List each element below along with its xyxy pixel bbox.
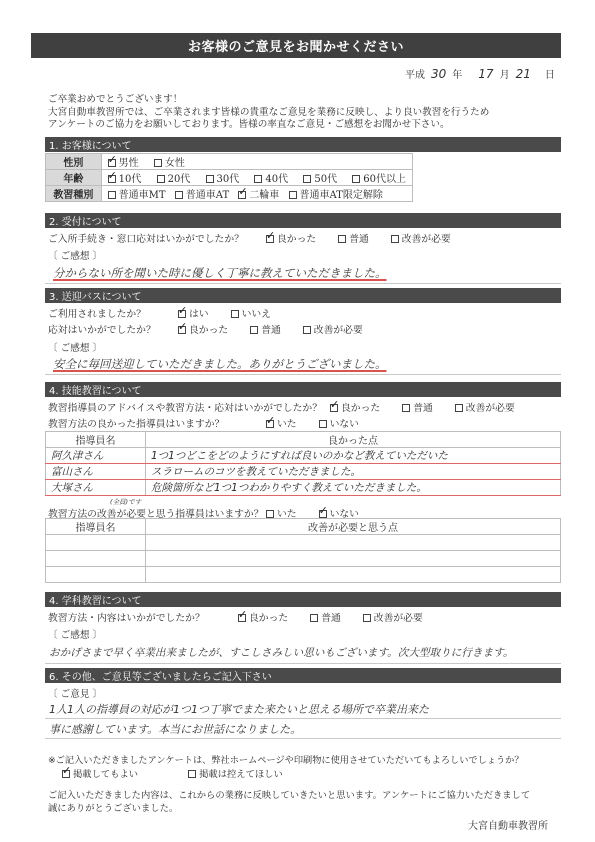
checkbox-icon[interactable] — [266, 510, 274, 518]
checkbox-icon[interactable] — [338, 235, 346, 243]
day-value[interactable]: 21 — [516, 67, 531, 81]
gender-male-option[interactable]: 男性 — [108, 154, 139, 169]
option-label: 良かった — [341, 403, 380, 414]
classroom-comment: おかげさまで早く卒業出来ましたが、すこしさみしい思いもございます。次大型取りに行… — [49, 647, 513, 659]
checkbox-checked-icon[interactable] — [330, 404, 338, 412]
checkbox-checked-icon[interactable] — [266, 420, 274, 428]
checkbox-icon[interactable] — [303, 326, 311, 334]
option-label: 普通 — [413, 403, 433, 414]
customer-info-table: 性別 男性 女性 年齢 10代 20代 30代 40代 50代 60代以上 教習… — [45, 153, 413, 202]
good-point[interactable]: 危険箇所など1つ1つわかりやすく教えていただきました。 — [146, 480, 561, 496]
checkbox-icon[interactable] — [289, 191, 297, 199]
improve-point-field[interactable] — [146, 551, 561, 567]
intro-line: アンケートのご協力をお願いしております。皆様の率直なご意見・ご感想をお聞かせ下さ… — [48, 119, 489, 132]
checkbox-checked-icon[interactable] — [238, 614, 246, 622]
section-title: 4. 学科教習について — [49, 592, 142, 607]
publication-consent-row: 掲載してもよい 掲載は控えてほしい — [62, 766, 295, 780]
table-row[interactable]: 大塚さん 危険箇所など1つ1つわかりやすく教えていただきました。 — [46, 480, 561, 496]
checkbox-icon[interactable] — [303, 175, 311, 183]
shuttle-improve-option[interactable]: 改善が必要 — [303, 322, 363, 336]
question-text: ご入所手続き・窓口応対はいかがでしたか？ — [48, 231, 266, 245]
consent-allow-option[interactable]: 掲載してもよい — [62, 766, 138, 780]
option-label: 女性 — [165, 158, 185, 169]
checkbox-icon[interactable] — [154, 159, 162, 167]
skills-good-option[interactable]: 良かった — [330, 400, 380, 414]
option-label: 普通 — [321, 613, 341, 624]
reception-improve-option[interactable]: 改善が必要 — [391, 231, 451, 245]
option-label: 普通 — [261, 325, 281, 336]
form-title-bar: お客様のご意見をお聞かせください — [31, 33, 561, 58]
option-label: 10代 — [119, 174, 142, 185]
section-title: 4. 技能教習について — [49, 382, 142, 397]
shuttle-good-option[interactable]: 良かった — [178, 322, 228, 336]
handwritten-note: (全員)です — [110, 497, 141, 506]
option-label: 改善が必要 — [374, 613, 423, 624]
improve-point-field[interactable] — [146, 567, 561, 583]
option-label: 20代 — [168, 174, 191, 185]
form-title: お客様のご意見をお聞かせください — [188, 36, 404, 55]
reception-good-option[interactable]: 良かった — [266, 231, 316, 245]
checkbox-icon[interactable] — [391, 235, 399, 243]
other-opinion-field-line2[interactable]: 事に感謝しています。本当にお世話になりました。 — [45, 719, 561, 739]
shuttle-yes-option[interactable]: はい — [178, 306, 209, 320]
checkbox-icon[interactable] — [231, 310, 239, 318]
checkbox-checked-icon[interactable] — [238, 191, 246, 199]
checkbox-checked-icon[interactable] — [319, 510, 327, 518]
checkbox-icon[interactable] — [310, 614, 318, 622]
good-instructor-no-option[interactable]: いない — [319, 416, 359, 430]
improve-instructor-table: 指導員名 改善が必要と思う点 — [45, 518, 561, 583]
option-label: 掲載は控えてほしい — [199, 769, 283, 780]
question-text: 教習指導員のアドバイスや教習方法・応対はいかがでしたか？ — [48, 400, 330, 414]
era-label: 平成 — [405, 66, 425, 81]
table-header-row: 指導員名 良かった点 — [46, 432, 561, 448]
section-title: 6. その他、ご意見等ございましたらご記入下さい — [49, 668, 272, 683]
month-label: 月 — [500, 66, 510, 81]
option-label: 掲載してもよい — [73, 769, 138, 780]
checkbox-icon[interactable] — [206, 175, 214, 183]
closing-line: 誠にありがとうございました。 — [48, 802, 530, 815]
instructor-name-field[interactable] — [46, 567, 146, 583]
option-label: いない — [330, 419, 359, 430]
good-instructor-table: 指導員名 良かった点 阿久津さん 1つ1つどこをどのようにすれば良いのかなど教え… — [45, 431, 561, 496]
instructor-name-field[interactable] — [46, 535, 146, 551]
checkbox-icon[interactable] — [319, 420, 327, 428]
comment-label: 〔 ご意見 〕 — [48, 686, 102, 700]
shuttle-comment-field[interactable]: 安全に毎回送迎していただきました。ありがとうございました。 — [45, 351, 561, 375]
age-60s-option[interactable]: 60代以上 — [352, 170, 406, 185]
course-type-label: 教習種別 — [46, 186, 102, 202]
reception-normal-option[interactable]: 普通 — [338, 231, 369, 245]
course-at-option[interactable]: 普通車AT — [175, 186, 229, 201]
intro-line: ご卒業おめでとうございます！ — [48, 94, 489, 107]
table-row[interactable] — [46, 567, 561, 583]
month-value[interactable]: 17 — [478, 67, 493, 81]
age-row: 年齢 10代 20代 30代 40代 50代 60代以上 — [46, 170, 413, 186]
option-label: いた — [277, 419, 297, 430]
year-value[interactable]: 30 — [431, 67, 446, 81]
skills-improve-option[interactable]: 改善が必要 — [455, 400, 515, 414]
classroom-good-option[interactable]: 良かった — [238, 610, 288, 624]
column-header: 良かった点 — [146, 432, 561, 448]
organization-signature: 大宮自動車教習所 — [468, 817, 548, 832]
checkbox-icon[interactable] — [363, 614, 371, 622]
age-10s-option[interactable]: 10代 — [108, 170, 142, 185]
option-label: 50代 — [314, 174, 337, 185]
table-row[interactable]: 阿久津さん 1つ1つどこをどのようにすれば良いのかなど教えていただいた — [46, 448, 561, 464]
comment-label: 〔 ご感想 〕 — [48, 627, 102, 641]
option-label: 良かった — [277, 234, 316, 245]
question-text: 教習方法・内容はいかがでしたか？ — [48, 610, 238, 624]
column-header: 指導員名 — [46, 432, 146, 448]
age-40s-option[interactable]: 40代 — [254, 170, 288, 185]
intro-text: ご卒業おめでとうございます！ 大宮自動車教習所では、ご卒業されます皆様の貴重なご… — [48, 94, 489, 132]
age-50s-option[interactable]: 50代 — [303, 170, 337, 185]
table-row[interactable]: 富山さん スラロームのコツを教えていただきました。 — [46, 464, 561, 480]
age-20s-option[interactable]: 20代 — [157, 170, 191, 185]
option-label: 男性 — [119, 158, 139, 169]
skills-normal-option[interactable]: 普通 — [402, 400, 433, 414]
section-header-skills-training: 4. 技能教習について — [45, 382, 561, 397]
age-label: 年齢 — [46, 170, 102, 186]
option-label: いいえ — [242, 309, 271, 320]
shuttle-service-row: 応対はいかがでしたか？ 良かった 普通 改善が必要 — [48, 322, 375, 336]
good-point[interactable]: 1つ1つどこをどのようにすれば良いのかなど教えていただいた — [146, 448, 561, 464]
age-30s-option[interactable]: 30代 — [206, 170, 240, 185]
section-header-other-opinions: 6. その他、ご意見等ございましたらご記入下さい — [45, 668, 561, 683]
checkbox-checked-icon[interactable] — [178, 326, 186, 334]
checkbox-checked-icon[interactable] — [266, 235, 274, 243]
classroom-comment-field[interactable]: おかげさまで早く卒業出来ましたが、すこしさみしい思いもございます。次大型取りに行… — [45, 640, 561, 664]
section-header-classroom-training: 4. 学科教習について — [45, 592, 561, 607]
table-header-row: 指導員名 改善が必要と思う点 — [46, 519, 561, 535]
option-label: 普通車AT限定解除 — [300, 190, 383, 201]
checkbox-checked-icon[interactable] — [108, 175, 116, 183]
date-field: 平成 30 年 17 月 21 日 — [405, 66, 555, 81]
course-motorcycle-option[interactable]: 二輪車 — [238, 186, 279, 201]
reception-comment: 分からない所を聞いた時に優しく丁寧に教えていただきました。 — [53, 266, 387, 280]
shuttle-comment: 安全に毎回送迎していただきました。ありがとうございました。 — [53, 357, 387, 371]
gender-row: 性別 男性 女性 — [46, 154, 413, 170]
closing-message: ご記入いただきました内容は、これからの業務に反映していきたいと思います。アンケー… — [48, 789, 530, 815]
checkbox-icon[interactable] — [402, 404, 410, 412]
classroom-normal-option[interactable]: 普通 — [310, 610, 341, 624]
good-instructor-row: 教習方法の良かった指導員はいますか？ いた いない — [48, 416, 371, 430]
table-row[interactable] — [46, 535, 561, 551]
classroom-question-row: 教習方法・内容はいかがでしたか？ 良かった 普通 改善が必要 — [48, 610, 435, 624]
intro-line: 大宮自動車教習所では、ご卒業されます皆様の貴重なご意見を業務に反映し、より良い教… — [48, 107, 489, 120]
classroom-improve-option[interactable]: 改善が必要 — [363, 610, 423, 624]
publication-consent-question: ※ご記入いただきましたアンケートは、弊社ホームページや印刷物に使用させていただい… — [48, 752, 524, 766]
option-label: 改善が必要 — [314, 325, 363, 336]
instructor-name[interactable]: 阿久津さん — [46, 448, 146, 464]
column-header: 改善が必要と思う点 — [146, 519, 561, 535]
instructor-name-field[interactable] — [46, 551, 146, 567]
other-opinion-field-line1[interactable]: 1人1人の指導員の対応が1つ1つ丁寧でまた来たいと思える場所で卒業出来た — [45, 699, 561, 719]
option-label: 良かった — [249, 613, 288, 624]
option-label: 40代 — [265, 174, 288, 185]
closing-line: ご記入いただきました内容は、これからの業務に反映していきたいと思います。アンケー… — [48, 789, 530, 802]
shuttle-usage-row: ご利用されましたか？ はい いいえ — [48, 306, 283, 320]
checkbox-icon[interactable] — [175, 191, 183, 199]
skills-advice-row: 教習指導員のアドバイスや教習方法・応対はいかがでしたか？ 良かった 普通 改善が… — [48, 400, 527, 414]
option-label: 60代以上 — [363, 174, 406, 185]
instructor-name[interactable]: 富山さん — [46, 464, 146, 480]
option-label: 改善が必要 — [402, 234, 451, 245]
option-label: 30代 — [217, 174, 240, 185]
improve-point-field[interactable] — [146, 535, 561, 551]
checkbox-checked-icon[interactable] — [178, 310, 186, 318]
section-title: 3. 送迎バスについて — [49, 288, 142, 303]
checkbox-icon[interactable] — [455, 404, 463, 412]
shuttle-normal-option[interactable]: 普通 — [250, 322, 281, 336]
course-type-row: 教習種別 普通車MT 普通車AT 二輪車 普通車AT限定解除 — [46, 186, 413, 202]
column-header: 指導員名 — [46, 519, 146, 535]
option-label: 二輪車 — [249, 190, 279, 201]
course-mt-option[interactable]: 普通車MT — [108, 186, 166, 201]
checkbox-icon[interactable] — [254, 175, 262, 183]
question-text: 教習方法の良かった指導員はいますか？ — [48, 416, 266, 430]
shuttle-no-option[interactable]: いいえ — [231, 306, 271, 320]
section-header-reception: 2. 受付について — [45, 213, 561, 228]
checkbox-checked-icon[interactable] — [108, 159, 116, 167]
option-label: はい — [189, 309, 209, 320]
instructor-name[interactable]: 大塚さん — [46, 480, 146, 496]
checkbox-icon[interactable] — [352, 175, 360, 183]
other-opinion-text: 事に感謝しています。本当にお世話になりました。 — [49, 723, 301, 736]
checkbox-checked-icon[interactable] — [62, 770, 70, 778]
year-label: 年 — [452, 66, 462, 81]
section-title: 2. 受付について — [49, 213, 122, 228]
option-label: 普通車MT — [119, 190, 166, 201]
option-label: 普通車AT — [186, 190, 229, 201]
other-opinion-text: 1人1人の指導員の対応が1つ1つ丁寧でまた来たいと思える場所で卒業出来た — [49, 703, 429, 716]
gender-label: 性別 — [46, 154, 102, 170]
checkbox-icon[interactable] — [108, 191, 116, 199]
checkbox-icon[interactable] — [188, 770, 196, 778]
course-at-limit-option[interactable]: 普通車AT限定解除 — [289, 186, 383, 201]
good-instructor-yes-option[interactable]: いた — [266, 416, 297, 430]
question-text: ご利用されましたか？ — [48, 306, 178, 320]
day-label: 日 — [545, 66, 555, 81]
option-label: 普通 — [349, 234, 369, 245]
section-title: 1. お客様について — [49, 137, 132, 152]
checkbox-icon[interactable] — [250, 326, 258, 334]
section-header-customer: 1. お客様について — [45, 137, 561, 152]
good-point[interactable]: スラロームのコツを教えていただきました。 — [146, 464, 561, 480]
reception-comment-field[interactable]: 分からない所を聞いた時に優しく丁寧に教えていただきました。 — [45, 260, 561, 284]
checkbox-icon[interactable] — [157, 175, 165, 183]
table-row[interactable] — [46, 551, 561, 567]
section-header-shuttle-bus: 3. 送迎バスについて — [45, 288, 561, 303]
gender-female-option[interactable]: 女性 — [154, 154, 185, 169]
reception-question-row: ご入所手続き・窓口応対はいかがでしたか？ 良かった 普通 改善が必要 — [48, 231, 463, 245]
question-text: 応対はいかがでしたか？ — [48, 322, 178, 336]
option-label: 良かった — [189, 325, 228, 336]
consent-decline-option[interactable]: 掲載は控えてほしい — [188, 766, 283, 780]
option-label: 改善が必要 — [466, 403, 515, 414]
